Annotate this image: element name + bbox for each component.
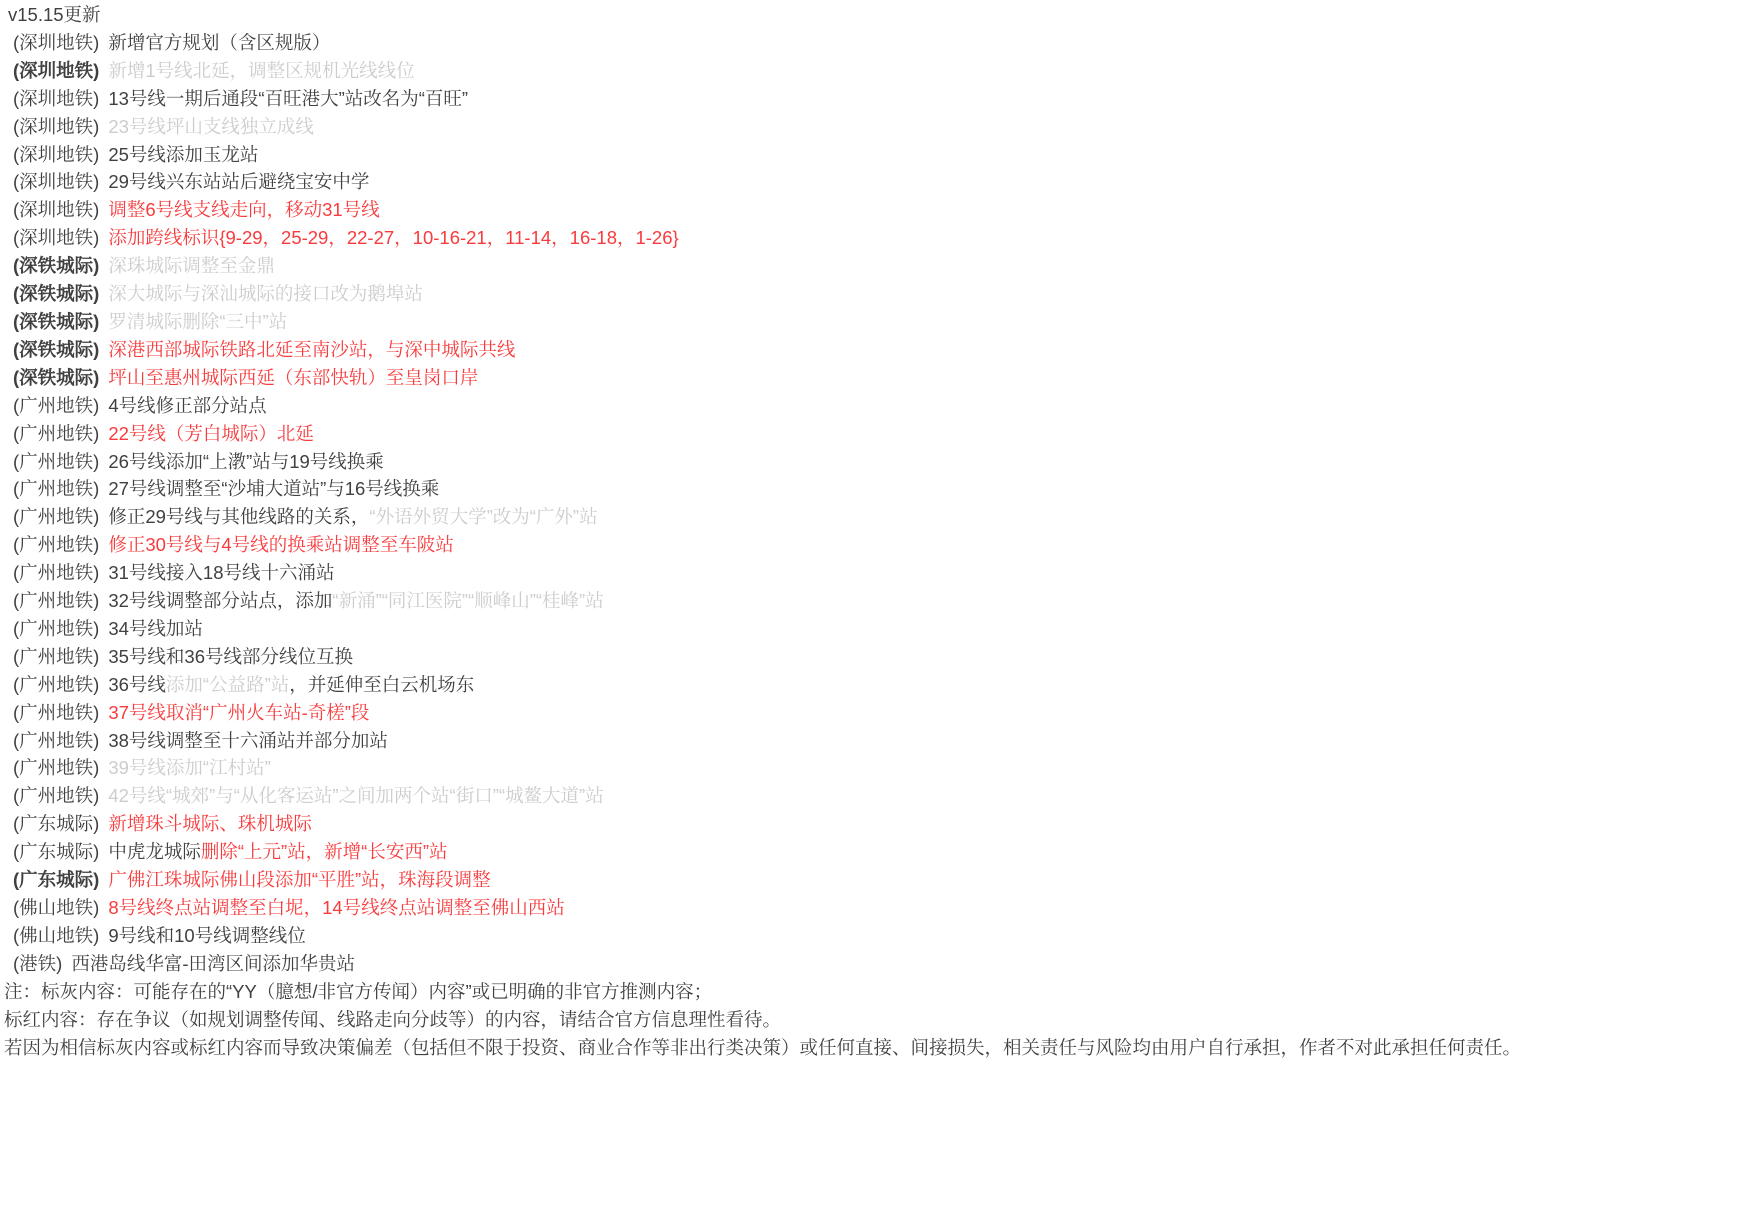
line-prefix: (广东城际): [13, 813, 99, 834]
line-text: 调整6号线支线走向，移动31号线: [108, 199, 379, 220]
update-item: (港铁)西港岛线华富-田湾区间添加华贵站: [4, 950, 1762, 978]
line-text: 32号线调整部分站点，添加: [108, 590, 332, 611]
line-prefix: (广州地铁): [13, 506, 99, 527]
line-text: 13号线一期后通段“百旺港大”站改名为“百旺”: [108, 88, 468, 109]
line-text: 25号线添加玉龙站: [108, 144, 258, 165]
update-item: (深圳地铁)调整6号线支线走向，移动31号线: [4, 196, 1762, 224]
note-line: 标红内容：存在争议（如规划调整传闻、线路走向分歧等）的内容，请结合官方信息理性看…: [4, 1006, 1762, 1034]
line-prefix: (深铁城际): [13, 339, 99, 360]
line-text: 35号线和36号线部分线位互换: [108, 646, 353, 667]
line-text: 修正30号线与4号线的换乘站调整至车陂站: [108, 534, 453, 555]
update-item: (广州地铁)35号线和36号线部分线位互换: [4, 643, 1762, 671]
line-prefix: (广州地铁): [13, 674, 99, 695]
update-item: (深圳地铁)13号线一期后通段“百旺港大”站改名为“百旺”: [4, 85, 1762, 113]
update-item: (广州地铁)38号线调整至十六涌站并部分加站: [4, 727, 1762, 755]
note-line: 注：标灰内容：可能存在的“YY（臆想/非官方传闻）内容”或已明确的非官方推测内容…: [4, 978, 1762, 1006]
line-prefix: (广州地铁): [13, 478, 99, 499]
line-prefix: (佛山地铁): [13, 897, 99, 918]
line-text: 广佛江珠城际佛山段添加“平胜”站，珠海段调整: [108, 869, 490, 890]
line-prefix: (广州地铁): [13, 562, 99, 583]
line-text: 36号线: [108, 674, 166, 695]
update-item: (深圳地铁)新增1号线北延，调整区规机光线线位: [4, 57, 1762, 85]
line-text: 删除“上元”站，新增“长安西”站: [201, 841, 448, 862]
version-title: v15.15更新: [4, 1, 1762, 29]
line-prefix: (广州地铁): [13, 534, 99, 555]
changelog-page: v15.15更新 (深圳地铁)新增官方规划（含区规版）(深圳地铁)新增1号线北延…: [0, 0, 1762, 1061]
line-text: 23号线坪山支线独立成线: [108, 116, 314, 137]
line-text: 添加“公益路”站: [166, 674, 289, 695]
update-item: (广州地铁)4号线修正部分站点: [4, 392, 1762, 420]
update-item: (广州地铁)42号线“城郊”与“从化客运站”之间加两个站“街口”“城鳌大道”站: [4, 782, 1762, 810]
update-item: (广东城际)新增珠斗城际、珠机城际: [4, 810, 1762, 838]
line-prefix: (广州地铁): [13, 757, 99, 778]
line-prefix: (广州地铁): [13, 730, 99, 751]
line-text: 39号线添加“江村站”: [108, 757, 270, 778]
line-text: 西港岛线华富-田湾区间添加华贵站: [71, 953, 355, 974]
update-item: (广东城际)中虎龙城际删除“上元”站，新增“长安西”站: [4, 838, 1762, 866]
update-item: (广州地铁)36号线添加“公益路”站，并延伸至白云机场东: [4, 671, 1762, 699]
line-text: 22号线（芳白城际）北延: [108, 423, 314, 444]
update-item: (深铁城际)深珠城际调整至金鼎: [4, 252, 1762, 280]
line-prefix: (深圳地铁): [13, 144, 99, 165]
update-item: (深铁城际)深港西部城际铁路北延至南沙站，与深中城际共线: [4, 336, 1762, 364]
line-text: 深珠城际调整至金鼎: [108, 255, 275, 276]
line-prefix: (广州地铁): [13, 785, 99, 806]
line-prefix: (广东城际): [13, 841, 99, 862]
update-item: (深圳地铁)25号线添加玉龙站: [4, 141, 1762, 169]
footer-notes: 注：标灰内容：可能存在的“YY（臆想/非官方传闻）内容”或已明确的非官方推测内容…: [4, 978, 1762, 1062]
line-prefix: (广州地铁): [13, 702, 99, 723]
line-text: 新增1号线北延，调整区规机光线线位: [108, 60, 414, 81]
update-item: (广州地铁)32号线调整部分站点，添加“新涌”“同江医院”“顺峰山”“桂峰”站: [4, 587, 1762, 615]
update-item: (深铁城际)罗清城际删除“三中”站: [4, 308, 1762, 336]
line-prefix: (广州地铁): [13, 395, 99, 416]
update-item: (广州地铁)37号线取消“广州火车站-奇槎”段: [4, 699, 1762, 727]
line-text: 26号线添加“上漖”站与19号线换乘: [108, 451, 383, 472]
line-prefix: (深圳地铁): [13, 60, 99, 81]
line-prefix: (广州地铁): [13, 451, 99, 472]
line-text: 修正29号线与其他线路的关系，: [108, 506, 369, 527]
line-text: 罗清城际删除“三中”站: [108, 311, 287, 332]
update-item: (广州地铁)34号线加站: [4, 615, 1762, 643]
line-text: “新涌”“同江医院”“顺峰山”“桂峰”站: [332, 590, 603, 611]
update-item: (广州地铁)22号线（芳白城际）北延: [4, 420, 1762, 448]
line-text: 深大城际与深汕城际的接口改为鹅埠站: [108, 283, 423, 304]
line-text: 新增珠斗城际、珠机城际: [108, 813, 312, 834]
line-prefix: (深圳地铁): [13, 171, 99, 192]
line-prefix: (深铁城际): [13, 367, 99, 388]
update-item: (广州地铁)39号线添加“江村站”: [4, 754, 1762, 782]
update-item: (佛山地铁)9号线和10号线调整线位: [4, 922, 1762, 950]
line-text: ，并延伸至白云机场东: [289, 674, 474, 695]
update-item: (佛山地铁)8号线终点站调整至白坭，14号线终点站调整至佛山西站: [4, 894, 1762, 922]
update-item: (广东城际)广佛江珠城际佛山段添加“平胜”站，珠海段调整: [4, 866, 1762, 894]
line-text: 深港西部城际铁路北延至南沙站，与深中城际共线: [108, 339, 515, 360]
note-line: 若因为相信标灰内容或标红内容而导致决策偏差（包括但不限于投资、商业合作等非出行类…: [4, 1034, 1762, 1062]
line-prefix: (深圳地铁): [13, 116, 99, 137]
update-item: (广州地铁)27号线调整至“沙埔大道站”与16号线换乘: [4, 475, 1762, 503]
update-item: (深圳地铁)新增官方规划（含区规版）: [4, 29, 1762, 57]
update-item: (深圳地铁)29号线兴东站站后避绕宝安中学: [4, 168, 1762, 196]
update-item: (深圳地铁)添加跨线标识{9-29，25-29，22-27，10-16-21，1…: [4, 224, 1762, 252]
update-item: (广州地铁)修正29号线与其他线路的关系，“外语外贸大学”改为“广外”站: [4, 503, 1762, 531]
line-text: 37号线取消“广州火车站-奇槎”段: [108, 702, 369, 723]
line-text: 坪山至惠州城际西延（东部快轨）至皇岗口岸: [108, 367, 478, 388]
line-prefix: (广州地铁): [13, 646, 99, 667]
line-prefix: (深圳地铁): [13, 88, 99, 109]
line-prefix: (广州地铁): [13, 423, 99, 444]
update-item: (深铁城际)坪山至惠州城际西延（东部快轨）至皇岗口岸: [4, 364, 1762, 392]
line-prefix: (深铁城际): [13, 311, 99, 332]
line-prefix: (深圳地铁): [13, 199, 99, 220]
line-prefix: (深圳地铁): [13, 227, 99, 248]
line-text: 38号线调整至十六涌站并部分加站: [108, 730, 388, 751]
update-list: (深圳地铁)新增官方规划（含区规版）(深圳地铁)新增1号线北延，调整区规机光线线…: [4, 29, 1762, 978]
line-prefix: (港铁): [13, 953, 62, 974]
update-item: (广州地铁)修正30号线与4号线的换乘站调整至车陂站: [4, 531, 1762, 559]
update-item: (深圳地铁)23号线坪山支线独立成线: [4, 113, 1762, 141]
line-text: 8号线终点站调整至白坭，14号线终点站调整至佛山西站: [108, 897, 564, 918]
line-text: 4号线修正部分站点: [108, 395, 266, 416]
line-prefix: (广州地铁): [13, 618, 99, 639]
line-text: “外语外贸大学”改为“广外”站: [369, 506, 597, 527]
line-text: 9号线和10号线调整线位: [108, 925, 305, 946]
line-text: 34号线加站: [108, 618, 203, 639]
line-text: 新增官方规划（含区规版）: [108, 32, 330, 53]
line-text: 27号线调整至“沙埔大道站”与16号线换乘: [108, 478, 439, 499]
update-item: (广州地铁)26号线添加“上漖”站与19号线换乘: [4, 448, 1762, 476]
line-prefix: (广州地铁): [13, 590, 99, 611]
line-prefix: (广东城际): [13, 869, 99, 890]
line-text: 中虎龙城际: [108, 841, 201, 862]
update-item: (广州地铁)31号线接入18号线十六涌站: [4, 559, 1762, 587]
update-item: (深铁城际)深大城际与深汕城际的接口改为鹅埠站: [4, 280, 1762, 308]
line-prefix: (深铁城际): [13, 283, 99, 304]
line-prefix: (深铁城际): [13, 255, 99, 276]
line-prefix: (佛山地铁): [13, 925, 99, 946]
line-text: 添加跨线标识{9-29，25-29，22-27，10-16-21，11-14，1…: [108, 227, 678, 248]
line-text: 42号线“城郊”与“从化客运站”之间加两个站“街口”“城鳌大道”站: [108, 785, 603, 806]
line-text: 31号线接入18号线十六涌站: [108, 562, 334, 583]
line-prefix: (深圳地铁): [13, 32, 99, 53]
line-text: 29号线兴东站站后避绕宝安中学: [108, 171, 369, 192]
